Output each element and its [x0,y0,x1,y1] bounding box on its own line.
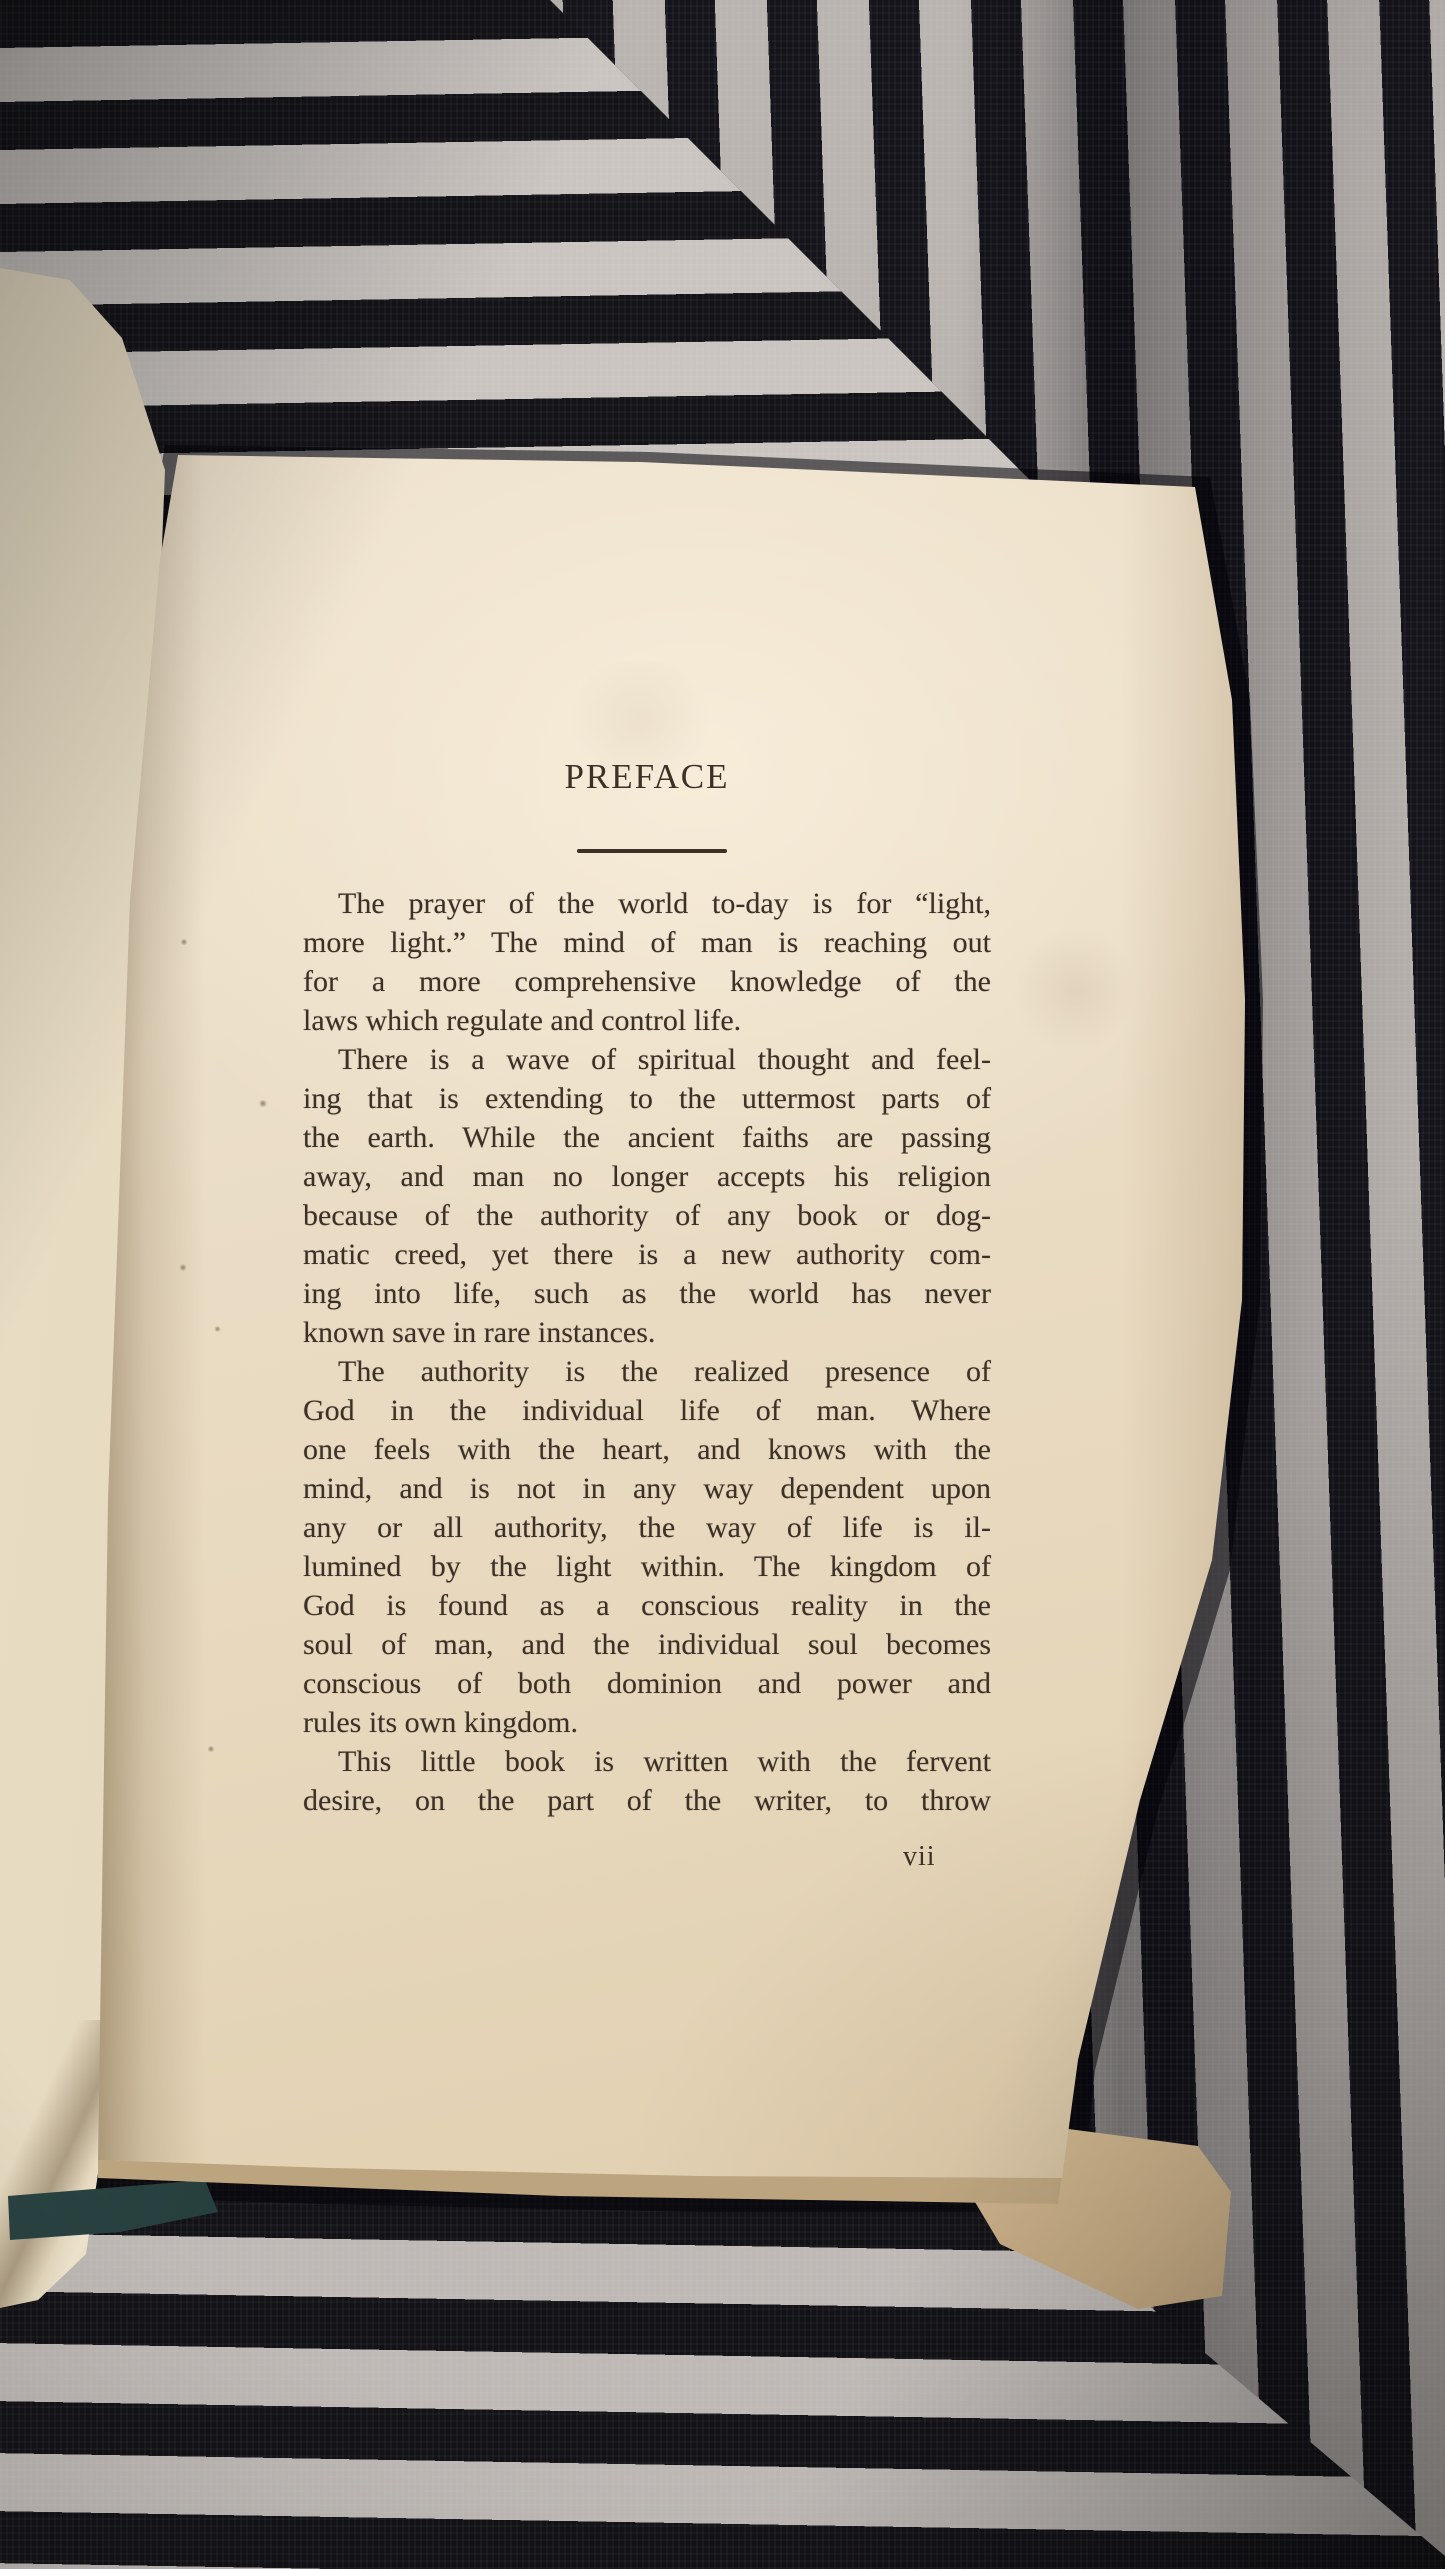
paragraph-line: one feels with the heart, and knows with… [303,1430,991,1469]
paragraph-line: laws which regulate and control life. [303,1001,991,1040]
paragraph-line: mind, and is not in any way dependent up… [303,1469,991,1508]
foxing-spot [180,939,188,945]
preface-paragraph: The authority is the realized presence o… [303,1352,991,1742]
paragraph-line: conscious of both dominion and power and [303,1664,991,1703]
paragraph-line: ing that is extending to the uttermost p… [303,1079,991,1118]
paragraph-line: any or all authority, the way of life is… [303,1508,991,1547]
paragraph-line: the earth. While the ancient faiths are … [303,1118,991,1157]
page-smudge [560,660,720,780]
paragraph-line: soul of man, and the individual soul bec… [303,1625,991,1664]
paragraph-line: God is found as a conscious reality in t… [303,1586,991,1625]
paragraph-line: because of the authority of any book or … [303,1196,991,1235]
page-number: vii [903,1841,936,1873]
paragraph-line: rules its own kingdom. [303,1703,991,1742]
foxing-spot [207,1746,215,1752]
paragraph-line: The prayer of the world to-day is for “l… [303,884,991,923]
preface-paragraph: This little book is written with the fer… [303,1742,991,1820]
paragraph-line: There is a wave of spiritual thought and… [303,1040,991,1079]
preface-text-block: The prayer of the world to-day is for “l… [303,884,991,1820]
paragraph-line: This little book is written with the fer… [303,1742,991,1781]
section-divider [577,849,727,853]
preface-paragraph: The prayer of the world to-day is for “l… [303,884,991,1040]
paragraph-line: ing into life, such as the world has nev… [303,1274,991,1313]
paragraph-line: The authority is the realized presence o… [303,1352,991,1391]
paragraph-line: desire, on the part of the writer, to th… [303,1781,991,1820]
paragraph-line: for a more comprehensive knowledge of th… [303,962,991,1001]
paragraph-line: known save in rare instances. [303,1313,991,1352]
paragraph-line: God in the individual life of man. Where [303,1391,991,1430]
foxing-spot [258,1100,268,1107]
page-smudge [1010,930,1140,1050]
paragraph-line: more light.” The mind of man is reaching… [303,923,991,962]
preface-paragraph: There is a wave of spiritual thought and… [303,1040,991,1352]
paragraph-line: matic creed, yet there is a new authorit… [303,1235,991,1274]
foxing-spot [179,1264,187,1271]
paragraph-line: lumined by the light within. The kingdom… [303,1547,991,1586]
paragraph-line: away, and man no longer accepts his reli… [303,1157,991,1196]
book-photo-scene: PREFACE The prayer of the world to-day i… [0,0,1445,2569]
foxing-spot [214,1326,221,1332]
